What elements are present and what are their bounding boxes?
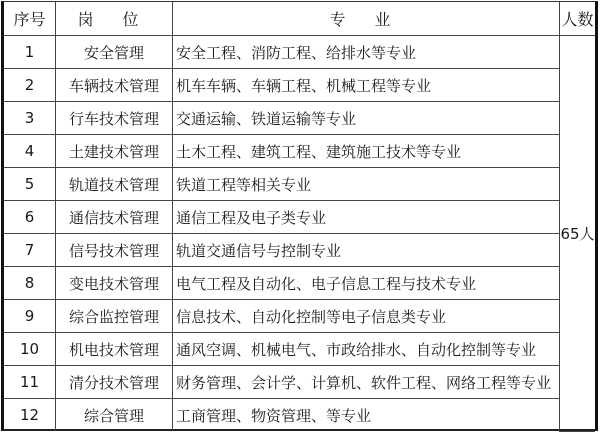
table-row: 7 信号技术管理 轨道交通信号与控制专业 [4, 234, 595, 267]
cell-major: 工商管理、物资管理、等专业 [173, 399, 560, 432]
table-row: 3 行车技术管理 交通运输、铁道运输等专业 [4, 102, 595, 135]
cell-major: 信息技术、自动化控制等电子信息类专业 [173, 300, 560, 333]
cell-position: 车辆技术管理 [56, 69, 173, 102]
cell-major: 轨道交通信号与控制专业 [173, 234, 560, 267]
table-row: 12 综合管理 工商管理、物资管理、等专业 [4, 399, 595, 432]
cell-serial-number: 5 [4, 168, 56, 201]
cell-serial-number: 1 [4, 36, 56, 69]
cell-major: 机车车辆、车辆工程、机械工程等专业 [173, 69, 560, 102]
cell-position: 安全管理 [56, 36, 173, 69]
cell-position: 综合管理 [56, 399, 173, 432]
cell-position: 行车技术管理 [56, 102, 173, 135]
cell-serial-number: 2 [4, 69, 56, 102]
cell-serial-number: 12 [4, 399, 56, 432]
cell-total-count: 65人 [560, 36, 596, 432]
cell-position: 清分技术管理 [56, 366, 173, 399]
cell-serial-number: 4 [4, 135, 56, 168]
cell-major: 交通运输、铁道运输等专业 [173, 102, 560, 135]
cell-position: 变电技术管理 [56, 267, 173, 300]
table-row: 9 综合监控管理 信息技术、自动化控制等电子信息类专业 [4, 300, 595, 333]
cell-serial-number: 8 [4, 267, 56, 300]
table-row: 4 土建技术管理 土木工程、建筑工程、建筑施工技术等专业 [4, 135, 595, 168]
table-row: 5 轨道技术管理 铁道工程等相关专业 [4, 168, 595, 201]
header-serial-number: 序号 [4, 2, 56, 36]
cell-major: 土木工程、建筑工程、建筑施工技术等专业 [173, 135, 560, 168]
cell-major: 铁道工程等相关专业 [173, 168, 560, 201]
header-position: 岗 位 [56, 2, 173, 36]
table-header-row: 序号 岗 位 专 业 人数 [4, 2, 595, 36]
header-major: 专 业 [173, 2, 560, 36]
cell-major: 电气工程及自动化、电子信息工程与技术专业 [173, 267, 560, 300]
recruitment-table-container: 序号 岗 位 专 业 人数 1 安全管理 安全工程、消防工程、给排水等专业 65… [1, 1, 598, 431]
cell-position: 土建技术管理 [56, 135, 173, 168]
table-row: 6 通信技术管理 通信工程及电子类专业 [4, 201, 595, 234]
cell-major: 通风空调、机械电气、市政给排水、自动化控制等专业 [173, 333, 560, 366]
table-row: 11 清分技术管理 财务管理、会计学、计算机、软件工程、网络工程等专业 [4, 366, 595, 399]
cell-major: 通信工程及电子类专业 [173, 201, 560, 234]
cell-serial-number: 10 [4, 333, 56, 366]
recruitment-table: 序号 岗 位 专 业 人数 1 安全管理 安全工程、消防工程、给排水等专业 65… [4, 2, 595, 432]
table-row: 1 安全管理 安全工程、消防工程、给排水等专业 65人 [4, 36, 595, 69]
cell-position: 轨道技术管理 [56, 168, 173, 201]
table-row: 8 变电技术管理 电气工程及自动化、电子信息工程与技术专业 [4, 267, 595, 300]
table-row: 2 车辆技术管理 机车车辆、车辆工程、机械工程等专业 [4, 69, 595, 102]
cell-position: 信号技术管理 [56, 234, 173, 267]
cell-position: 通信技术管理 [56, 201, 173, 234]
cell-position: 机电技术管理 [56, 333, 173, 366]
cell-serial-number: 9 [4, 300, 56, 333]
cell-serial-number: 7 [4, 234, 56, 267]
cell-major: 安全工程、消防工程、给排水等专业 [173, 36, 560, 69]
cell-position: 综合监控管理 [56, 300, 173, 333]
cell-major: 财务管理、会计学、计算机、软件工程、网络工程等专业 [173, 366, 560, 399]
cell-serial-number: 11 [4, 366, 56, 399]
header-count: 人数 [560, 2, 596, 36]
table-row: 10 机电技术管理 通风空调、机械电气、市政给排水、自动化控制等专业 [4, 333, 595, 366]
cell-serial-number: 6 [4, 201, 56, 234]
cell-serial-number: 3 [4, 102, 56, 135]
